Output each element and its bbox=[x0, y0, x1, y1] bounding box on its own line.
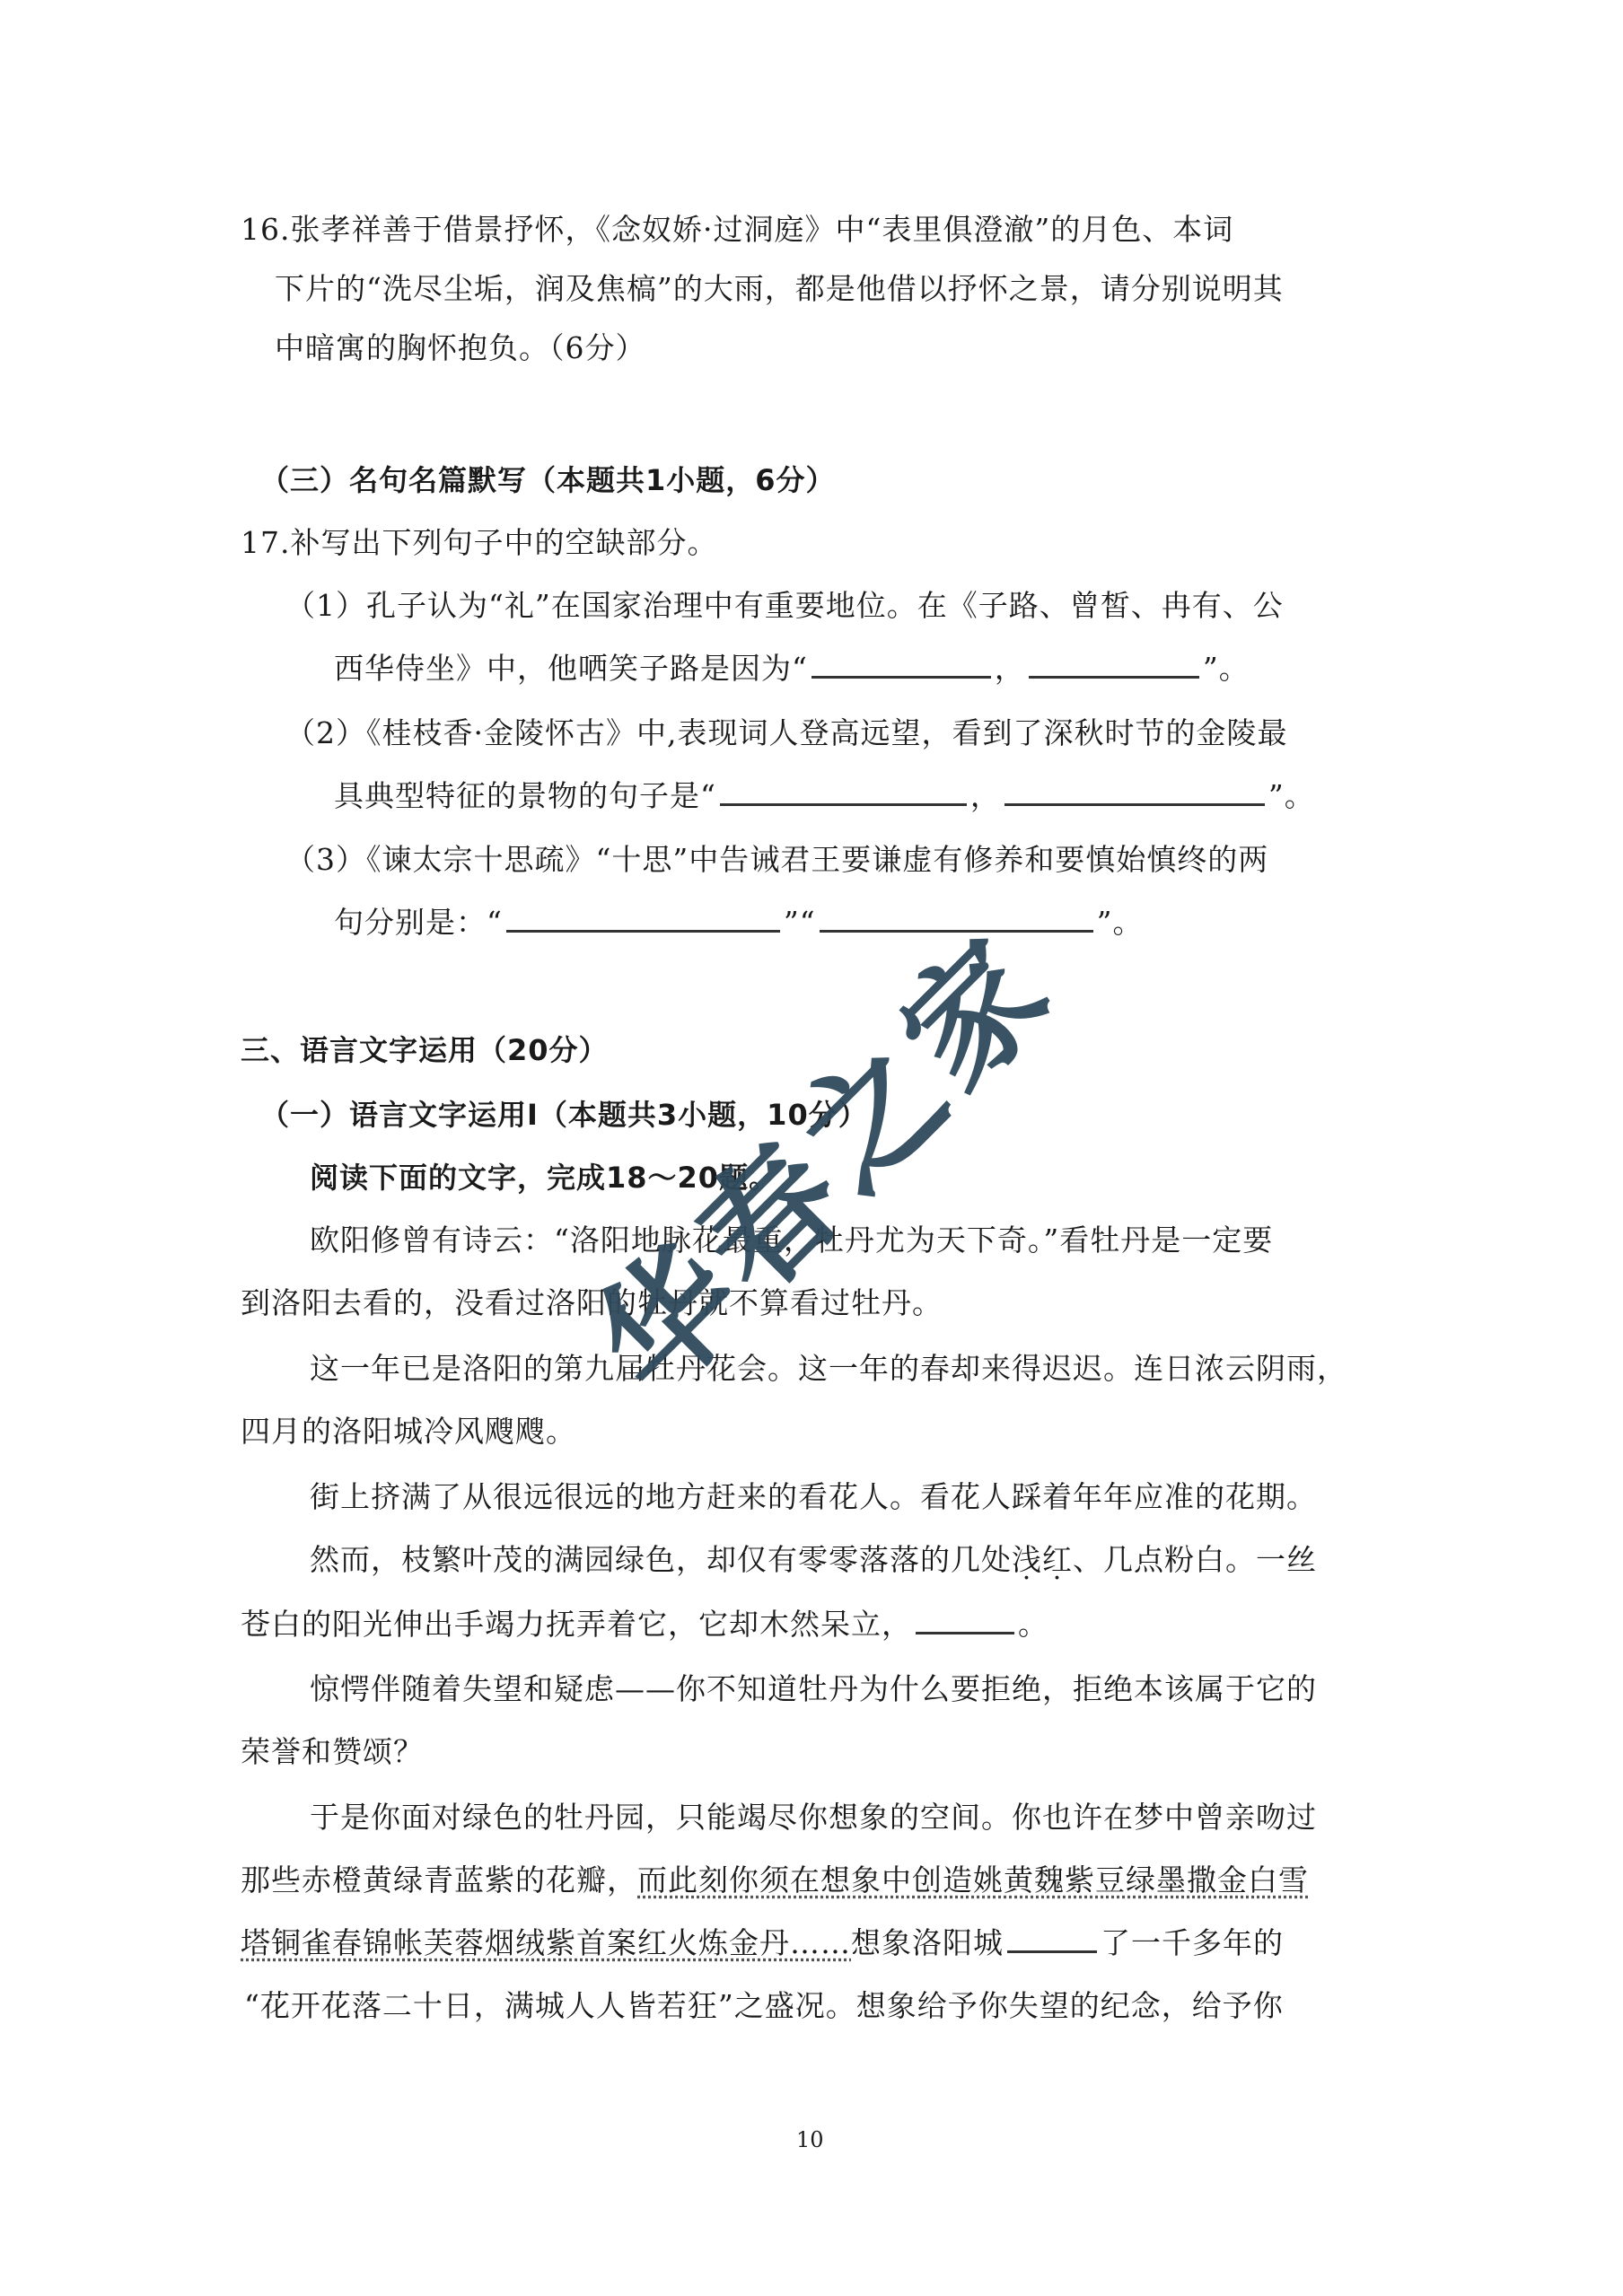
answer-blank-3a[interactable] bbox=[506, 910, 780, 933]
text-run: 那些赤橙黄绿青蓝紫的花瓣， bbox=[241, 1862, 637, 1897]
emphasis-char: 浅 bbox=[1012, 1542, 1042, 1577]
answer-blank-2a[interactable] bbox=[720, 784, 967, 806]
answer-blank-19[interactable] bbox=[1007, 1931, 1097, 1953]
q17-item-2-line-1: （2）《桂枝香·金陵怀古》中,表现词人登高远望，看到了深秋时节的金陵最 bbox=[285, 715, 1287, 751]
watermark: 华春之家 bbox=[545, 884, 1088, 1427]
emphasis-char: 红 bbox=[1042, 1542, 1073, 1577]
passage-p1-line-1: 欧阳修曾有诗云：“洛阳地脉花最重，牡丹尤为天下奇。”看牡丹是一定要 bbox=[310, 1222, 1273, 1258]
underlined-text: 而此刻你须在想象中创造姚黄魏紫豆绿墨撒金白雪 bbox=[637, 1862, 1309, 1897]
page-number: 10 bbox=[796, 2127, 824, 2152]
part-three-heading: 三、语言文字运用（20分） bbox=[241, 1032, 609, 1068]
q17-stem: 17.补写出下列句子中的空缺部分。 bbox=[241, 525, 717, 561]
section-heading-mingju: （三）名句名篇默写（本题共1小题，6分） bbox=[260, 462, 836, 498]
q17-item-1-line-2: 西华侍坐》中，他哂笑子路是因为“，”。 bbox=[334, 651, 1250, 687]
passage-p5-line-2: 荣誉和赞颂？ bbox=[241, 1734, 424, 1770]
underlined-text: 塔铜雀春锦帐芙蓉烟绒紫首案红火炼金丹…… bbox=[241, 1925, 851, 1960]
passage-p2-line-1: 这一年已是洛阳的第九届牡丹花会。这一年的春却来得迟迟。连日浓云阴雨， bbox=[310, 1351, 1347, 1387]
q16-line-1: 16.张孝祥善于借景抒怀，《念奴娇·过洞庭》中“表里俱澄澈”的月色、本词 bbox=[241, 212, 1233, 248]
q17-item-1-prefix: 西华侍坐》中，他哂笑子路是因为“ bbox=[334, 651, 808, 686]
passage-p3-line-1: 街上挤满了从很远很远的地方赶来的看花人。看花人踩着年年应准的花期。 bbox=[310, 1479, 1317, 1515]
text-run: 苍白的阳光伸出手竭力抚弄着它，它却木然呆立， bbox=[241, 1607, 912, 1642]
part-three-subheading: （一）语言文字运用Ⅰ（本题共3小题，10分） bbox=[260, 1097, 868, 1133]
passage-p4-line-1: 然而，枝繁叶茂的满园绿色，却仅有零零落落的几处浅红、几点粉白。一丝 bbox=[310, 1542, 1317, 1578]
answer-blank-2b[interactable] bbox=[1005, 784, 1265, 806]
passage-p6-line-1: 于是你面对绿色的牡丹园，只能竭尽你想象的空间。你也许在梦中曾亲吻过 bbox=[310, 1800, 1317, 1836]
answer-blank-1b[interactable] bbox=[1029, 656, 1199, 679]
text-run: 、几点粉白。一丝 bbox=[1073, 1542, 1317, 1577]
passage-p6-line-4: “花开花落二十日，满城人人皆若狂”之盛况。想象给予你失望的纪念，给予你 bbox=[244, 1988, 1284, 2024]
passage-p6-line-3: 塔铜雀春锦帐芙蓉烟绒紫首案红火炼金丹……想象洛阳城了一千多年的 bbox=[241, 1925, 1284, 1961]
closing-quote: ”。 bbox=[1203, 651, 1250, 686]
passage-p5-line-1: 惊愕伴随着失望和疑虑——你不知道牡丹为什么要拒绝，拒绝本该属于它的 bbox=[310, 1671, 1317, 1707]
q17-item-1-line-1: （1）孔子认为“礼”在国家治理中有重要地位。在《子路、曾皙、冉有、公 bbox=[285, 588, 1284, 624]
text-run: 了一千多年的 bbox=[1101, 1925, 1284, 1960]
passage-p1-line-2: 到洛阳去看的，没看过洛阳的牡丹就不算看过牡丹。 bbox=[241, 1285, 943, 1321]
separator-quotes: ”“ bbox=[784, 905, 816, 940]
q16-line-3: 中暗寓的胸怀抱负。（6分） bbox=[275, 330, 646, 366]
closing-quote: ”。 bbox=[1097, 905, 1144, 940]
separator: ， bbox=[970, 778, 1001, 813]
q17-item-3-line-2: 句分别是：“”“”。 bbox=[334, 905, 1144, 941]
text-run: 然而，枝繁叶茂的满园绿色，却仅有零零落落的几处 bbox=[310, 1542, 1012, 1577]
passage-p4-line-2: 苍白的阳光伸出手竭力抚弄着它，它却木然呆立，。 bbox=[241, 1607, 1048, 1643]
q17-item-2-line-2: 具典型特征的景物的句子是“，”。 bbox=[334, 778, 1315, 814]
q16-line-2: 下片的“洗尽尘垢，润及焦槁”的大雨，都是他借以抒怀之景，请分别说明其 bbox=[275, 271, 1284, 307]
q17-item-3-prefix: 句分别是：“ bbox=[334, 905, 503, 940]
passage-p6-line-2: 那些赤橙黄绿青蓝紫的花瓣，而此刻你须在想象中创造姚黄魏紫豆绿墨撒金白雪 bbox=[241, 1862, 1309, 1898]
answer-blank-18[interactable] bbox=[916, 1612, 1014, 1634]
answer-blank-1a[interactable] bbox=[811, 656, 991, 679]
q17-item-2-prefix: 具典型特征的景物的句子是“ bbox=[334, 778, 716, 813]
closing-quote: ”。 bbox=[1268, 778, 1315, 813]
passage-p2-line-2: 四月的洛阳城冷风飕飕。 bbox=[241, 1414, 576, 1450]
answer-blank-3b[interactable] bbox=[820, 910, 1093, 933]
reading-instruction: 阅读下面的文字，完成18～20题。 bbox=[310, 1160, 778, 1196]
separator: ， bbox=[995, 651, 1025, 686]
q17-item-3-line-1: （3）《谏太宗十思疏》“十思”中告诫君王要谦虚有修养和要慎始慎终的两 bbox=[285, 842, 1268, 878]
period: 。 bbox=[1018, 1607, 1048, 1642]
text-run: 想象洛阳城 bbox=[851, 1925, 1004, 1960]
